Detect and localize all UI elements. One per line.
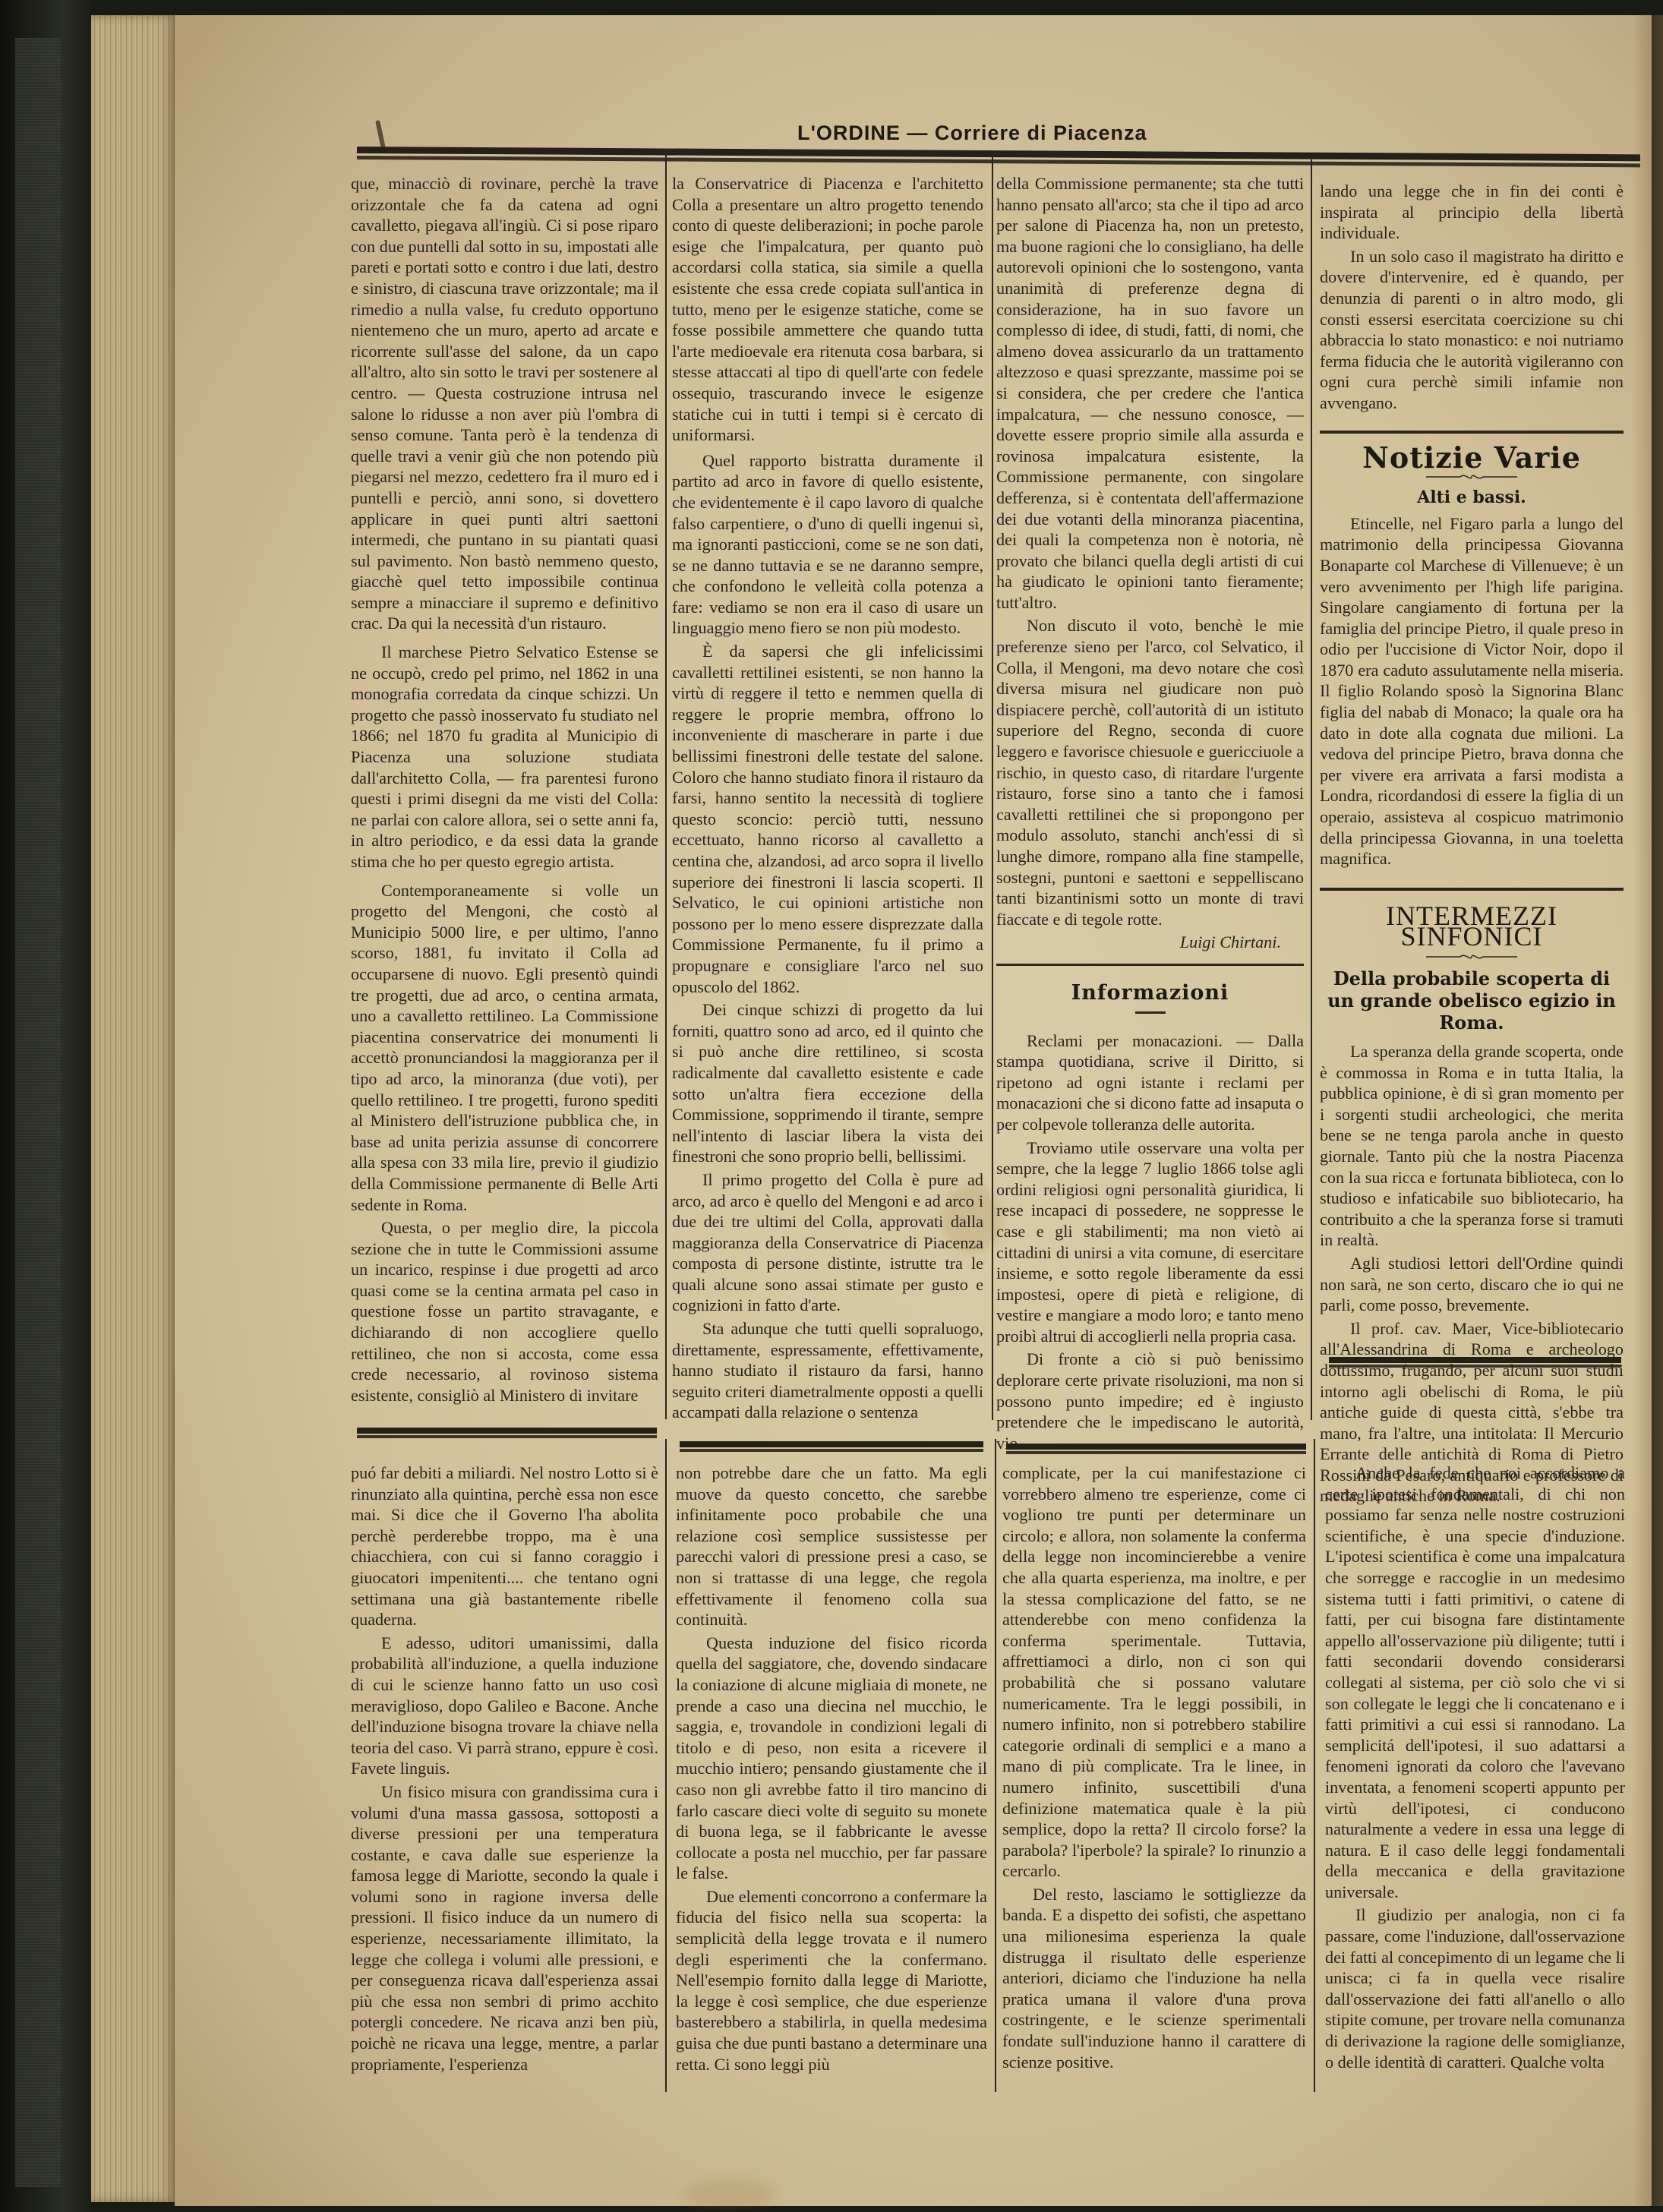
column-rule xyxy=(665,150,667,1419)
page-edges xyxy=(91,15,175,2202)
column-rule xyxy=(665,1439,667,2092)
section-title-informazioni: Informazioni xyxy=(996,983,1304,1004)
paragraph: Del resto, lasciamo le sottigliezze da b… xyxy=(1002,1884,1306,2072)
paragraph: Il giudizio per analogia, non ci fa pass… xyxy=(1325,1904,1625,2072)
paragraph: Questa induzione del fisico ricorda quel… xyxy=(676,1633,987,1884)
paragraph: Di fronte a ciò si può benissimo deplora… xyxy=(996,1349,1304,1453)
article-headline: Della probabile scoperta di un grande ob… xyxy=(1320,967,1624,1033)
lower-column-4: Anche la fede che noi accordiamo a certe… xyxy=(1325,1463,1625,2072)
paragraph: Etincelle, nel Figaro parla a lungo del … xyxy=(1320,513,1624,869)
article-divider xyxy=(1320,888,1624,891)
paragraph: Reclami per monacazioni. — Dalla stampa … xyxy=(996,1030,1304,1135)
paragraph: Dei cinque schizzi di progetto da lui fo… xyxy=(672,999,983,1167)
column-rule xyxy=(1314,1439,1315,2092)
title-underline xyxy=(1135,1011,1166,1014)
section-title-notizie-varie: Notizie Varie xyxy=(1320,447,1624,469)
section-divider xyxy=(680,1441,983,1449)
paragraph: Due elementi concorrono a confermare la … xyxy=(676,1886,987,2075)
article-column-1: que, minacciò di rovinare, perchè la tra… xyxy=(351,173,658,1406)
column-rule xyxy=(995,1439,996,2092)
paragraph: Il marchese Pietro Selvatico Estense se … xyxy=(351,642,658,872)
paragraph: complicate, per la cui manifestazione ci… xyxy=(1002,1463,1306,1882)
paragraph: Troviamo utile osservare una volta per s… xyxy=(996,1138,1304,1347)
paragraph: Agli studiosi lettori dell'Ordine quindi… xyxy=(1320,1253,1624,1316)
paragraph: la Conservatrice di Piacenza e l'archite… xyxy=(672,173,983,446)
paragraph: lando una legge che in fin dei conti è i… xyxy=(1320,181,1624,244)
article-column-2: la Conservatrice di Piacenza e l'archite… xyxy=(672,173,983,1423)
paper-stain xyxy=(683,2179,775,2210)
paragraph: La speranza della grande scoperta, onde … xyxy=(1320,1041,1624,1251)
paragraph: E adesso, uditori umanissimi, dalla prob… xyxy=(351,1633,658,1779)
paragraph: Anche la fede che noi accordiamo a certe… xyxy=(1325,1463,1625,1902)
section-title-intermezzi: INTERMEZZI SINFONICI xyxy=(1320,906,1624,948)
lower-column-2: non potrebbe dare che un fatto. Ma egli … xyxy=(676,1463,987,2075)
paragraph: puó far debiti a miliardi. Nel nostro Lo… xyxy=(351,1463,658,1630)
binding-cloth xyxy=(15,38,61,2187)
column-rule xyxy=(1311,159,1312,1420)
page-shadow xyxy=(1633,15,1663,2206)
article-divider xyxy=(1320,431,1624,434)
paragraph: Quel rapporto bistratta duramente il par… xyxy=(672,450,983,639)
paragraph: Contemporaneamente si volle un progetto … xyxy=(351,880,658,1216)
paragraph: È da sapersi che gli infelicissimi caval… xyxy=(672,641,983,997)
paragraph: que, minacciò di rovinare, perchè la tra… xyxy=(351,173,658,634)
book-binding xyxy=(0,0,91,2212)
paragraph: non potrebbe dare che un fatto. Ma egli … xyxy=(676,1463,987,1630)
article-column-3: della Commissione permanente; sta che tu… xyxy=(996,173,1304,1453)
ornament-icon xyxy=(1426,952,1517,961)
paragraph: Il primo progetto del Colla è pure ad ar… xyxy=(672,1169,983,1316)
paragraph: Sta adunque che tutti quelli sopraluogo,… xyxy=(672,1318,983,1423)
paragraph: della Commissione permanente; sta che tu… xyxy=(996,173,1304,613)
subheading-alti-e-bassi: Alti e bassi. xyxy=(1320,488,1624,509)
lower-column-1: puó far debiti a miliardi. Nel nostro Lo… xyxy=(351,1463,658,2075)
paragraph: Non discuto il voto, benchè le mie prefe… xyxy=(996,615,1304,929)
paragraph: In un solo caso il magistrato ha diritto… xyxy=(1320,246,1624,414)
article-column-4: lando una legge che in fin dei conti è i… xyxy=(1320,181,1624,1507)
masthead: L'ORDINE — Corriere di Piacenza xyxy=(797,121,1147,145)
paragraph: Un fisico misura con grandissima cura i … xyxy=(351,1781,658,2075)
author-signature: Luigi Chirtani. xyxy=(996,932,1304,953)
paragraph: Questa, o per meglio dire, la piccola se… xyxy=(351,1217,658,1406)
section-divider xyxy=(357,1428,657,1435)
column-rule xyxy=(992,156,993,1420)
article-divider xyxy=(996,964,1304,966)
lower-column-3: complicate, per la cui manifestazione ci… xyxy=(1002,1463,1306,2072)
